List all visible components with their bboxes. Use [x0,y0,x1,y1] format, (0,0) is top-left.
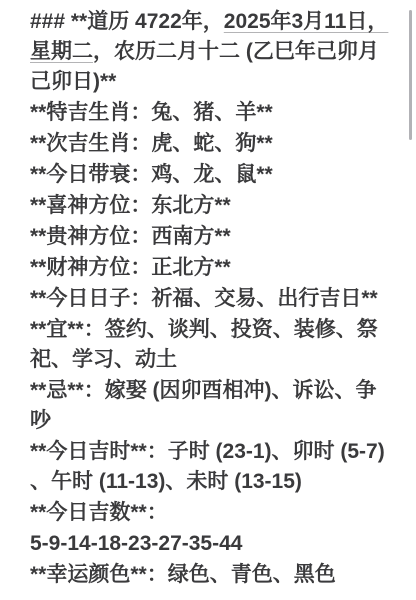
text-line-unlucky-zodiac: **今日带衰：鸡、龙、鼠** [30,160,394,190]
text-line-suitable: **宜**：签约、谈判、投资、装修、祭祀、学习、动土 [30,315,394,375]
text-line-second-lucky-zodiac: **次吉生肖：虎、蛇、狗** [30,129,394,159]
text-line-lucky-colors: **幸运颜色**：绿色、青色、黑色 [30,560,394,590]
text-line-lucky-zodiac: **特吉生肖：兔、猪、羊** [30,98,394,128]
text-line-wealth-god-direction: **财神方位：正北方** [30,253,394,283]
screen: ### **道历 4722年，2025年3月11日，星期二，农历二月十二 (乙巳… [0,0,416,600]
almanac-text-body: ### **道历 4722年，2025年3月11日，星期二，农历二月十二 (乙巳… [0,0,416,591]
text-line-lucky-hours: **今日吉时**：子时 (23-1)、卯时 (5-7)、午时 (11-13)、未… [30,437,394,497]
text-line-noble-god-direction: **贵神方位：西南方** [30,222,394,252]
text-line-lucky-numbers-label: **今日吉数**： [30,498,394,528]
text-line-avoid: **忌**：嫁娶 (因卯酉相冲)、诉讼、争吵 [30,376,394,436]
scrollbar-thumb[interactable] [409,10,412,140]
heading-prefix: ### **道历 4722年， [30,10,224,33]
text-line-joy-god-direction: **喜神方位：东北方** [30,191,394,221]
text-line-today-type: **今日日子：祈福、交易、出行吉日** [30,284,394,314]
text-line-lucky-numbers: 5-9-14-18-23-27-35-44 [30,529,394,559]
heading-line: ### **道历 4722年，2025年3月11日，星期二，农历二月十二 (乙巳… [30,7,394,97]
